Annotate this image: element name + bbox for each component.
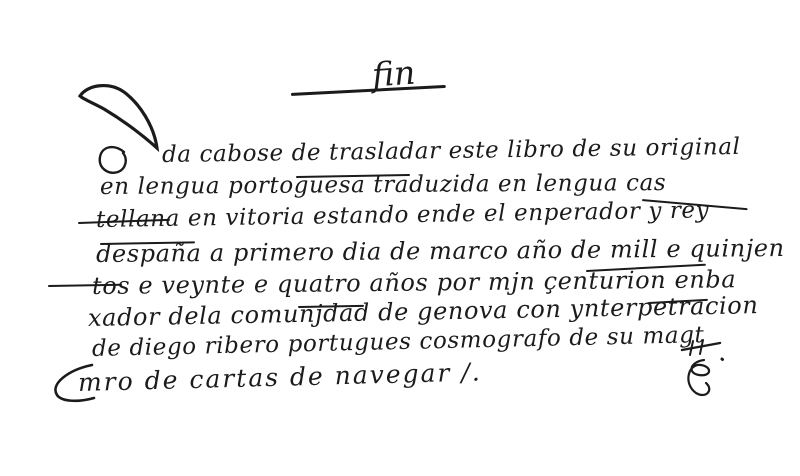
- line-start-swash: [48, 362, 98, 408]
- figure-eight-loop-stroke: [688, 360, 709, 395]
- abbreviation-flourish: [678, 338, 732, 406]
- manuscript-line: despaña a primero dia de marco año de mi…: [96, 234, 785, 268]
- initial-bowl-stroke: [100, 147, 126, 173]
- manuscript-line: mro de cartas de navegar /.: [78, 357, 482, 397]
- manuscript-line: da cabose de trasladar este libro de su …: [162, 134, 741, 168]
- fin-crossbar-stroke: [291, 85, 446, 96]
- initial-letter-flourish: [62, 80, 172, 180]
- swash-stroke: [55, 365, 94, 401]
- manuscript-line: tellana en vitoria estando ende el enper…: [96, 197, 710, 233]
- manuscript-page: fin da cabose de trasladar este libro de…: [0, 0, 800, 476]
- crescent-stroke: [80, 86, 157, 148]
- flourish-dot: [722, 359, 723, 360]
